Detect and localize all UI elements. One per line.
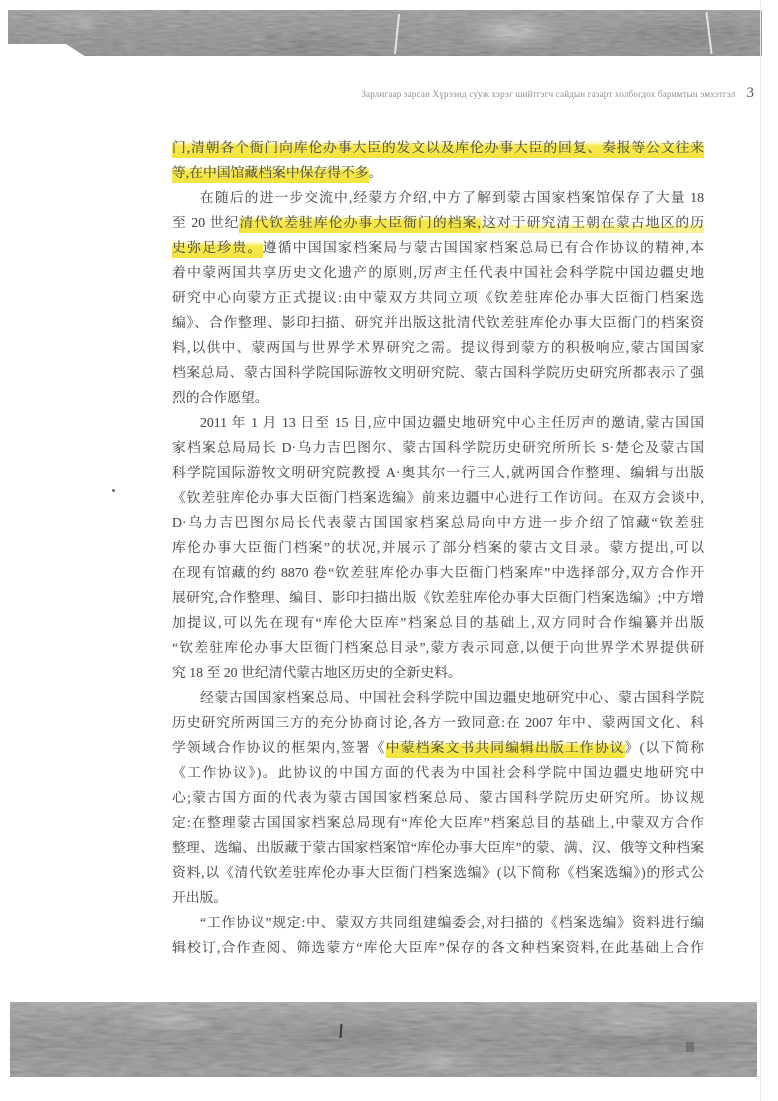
text-line: “钦差驻库伦办事大臣衙门档案总目录”,蒙方表示同意,以便于向世界学术界提供研 xyxy=(172,635,704,660)
text-segment: 家档案总局局长 D·乌力吉巴图尔、蒙古国科学院历史研究所所长 S·楚仑及蒙古国 xyxy=(172,440,704,455)
text-line: 在现有馆藏的约 8870 卷“钦差驻库伦办事大臣衙门档案库”中选择部分,双方合作… xyxy=(172,560,704,585)
scanned-document-page: Зарлигаар зарсан Хүрээнд сууж хэрэг шийт… xyxy=(0,0,778,1101)
text-segment: 历史研究所两国三方的充分协商讨论,各方一致同意:在 2007 年中、蒙两国文化、… xyxy=(172,715,704,730)
body-text-block: 门,清朝各个衙门向库伦办事大臣的发文以及库伦办事大臣的回复、奏报等公文往来等,在… xyxy=(172,135,704,960)
text-segment: 究 18 至 20 世纪清代蒙古地区历史的全新史料。 xyxy=(172,665,462,680)
highlighted-text: 清代钦差驻库伦办事大臣衙门的档案, xyxy=(239,215,480,233)
text-line: 究 18 至 20 世纪清代蒙古地区历史的全新史料。 xyxy=(172,660,704,685)
text-segment: 》(以下简称 xyxy=(625,740,704,755)
text-segment: “工作协议”规定:中、蒙双方共同组建编委会,对扫描的《档案选编》资料进行编 xyxy=(200,915,704,930)
highlighted-text: 这对于研究清王朝在蒙古地区的历 xyxy=(481,215,704,233)
page-edge-line xyxy=(760,0,761,1101)
text-line: “工作协议”规定:中、蒙双方共同组建编委会,对扫描的《档案选编》资料进行编 xyxy=(172,910,704,935)
text-line: 家档案总局局长 D·乌力吉巴图尔、蒙古国科学院历史研究所所长 S·楚仑及蒙古国 xyxy=(172,435,704,460)
text-segment: 库伦办事大臣衙门档案”的状况,并展示了部分档案的蒙古文目录。蒙方提出,可以 xyxy=(172,540,704,555)
text-segment: 《工作协议》)。此协议的中国方面的代表为中国社会科学院中国边疆史地研究中 xyxy=(172,765,704,780)
text-segment: 加提议,可以先在现有“库伦大臣库”档案总目的基础上,双方同时合作编纂并出版 xyxy=(172,615,704,630)
text-line: 2011 年 1 月 13 日至 15 日,应中国边疆史地研究中心主任厉声的邀请… xyxy=(172,410,704,435)
text-line: 历史研究所两国三方的充分协商讨论,各方一致同意:在 2007 年中、蒙两国文化、… xyxy=(172,710,704,735)
text-line: 编》、合作整理、影印扫描、研究并出版这批清代钦差驻库伦办事大臣衙门的档案资 xyxy=(172,310,704,335)
text-line: 研究中心向蒙方正式提议:由中蒙双方共同立项《钦差驻库伦办事大臣衙门档案选 xyxy=(172,285,704,310)
highlighted-text: 史弥足珍贵。 xyxy=(172,240,263,258)
scan-artifact-band-top xyxy=(8,10,762,56)
text-segment: 资料,以《清代钦差驻库伦办事大臣衙门档案选编》(以下简称《档案选编》)的形式公 xyxy=(172,865,704,880)
text-segment: 档案总局、蒙古国科学院国际游牧文明研究院、蒙古国科学院历史研究所都表示了强 xyxy=(172,365,704,380)
text-segment: 在随后的进一步交流中,经蒙方介绍,中方了解到蒙古国家档案馆保存了大量 18 xyxy=(200,190,704,205)
text-segment: 整理、选编、出版藏于蒙古国家档案馆“库伦办事大臣库”的蒙、满、汉、俄等文种档案 xyxy=(172,840,704,855)
text-segment: 。 xyxy=(369,165,383,180)
scan-mark xyxy=(686,1042,694,1052)
text-segment: 展研究,合作整理、编目、影印扫描出版《钦差驻库伦办事大臣衙门档案选编》;中方增 xyxy=(172,590,704,605)
text-line: 档案总局、蒙古国科学院国际游牧文明研究院、蒙古国科学院历史研究所都表示了强 xyxy=(172,360,704,385)
text-segment: 料,以供中、蒙两国与世界学术界研究之需。提议得到蒙方的积极响应,蒙古国国家 xyxy=(172,340,704,355)
text-line: 烈的合作愿望。 xyxy=(172,385,704,410)
text-line: 料,以供中、蒙两国与世界学术界研究之需。提议得到蒙方的积极响应,蒙古国国家 xyxy=(172,335,704,360)
text-segment: 《钦差驻库伦办事大臣衙门档案选编》前来边疆中心进行工作访问。在双方会谈中, xyxy=(172,490,704,505)
text-segment: 在现有馆藏的约 8870 卷“钦差驻库伦办事大臣衙门档案库”中选择部分,双方合作… xyxy=(172,565,704,580)
text-line: 整理、选编、出版藏于蒙古国家档案馆“库伦办事大臣库”的蒙、满、汉、俄等文种档案 xyxy=(172,835,704,860)
page-number: 3 xyxy=(747,85,755,102)
text-line: 库伦办事大臣衙门档案”的状况,并展示了部分档案的蒙古文目录。蒙方提出,可以 xyxy=(172,535,704,560)
text-segment: 开出版。 xyxy=(172,890,227,905)
running-title: Зарлигаар зарсан Хүрээнд сууж хэрэг шийт… xyxy=(361,89,735,99)
text-segment: 研究中心向蒙方正式提议:由中蒙双方共同立项《钦差驻库伦办事大臣衙门档案选 xyxy=(172,290,704,305)
text-segment: 经蒙古国国家档案总局、中国社会科学院中国边疆史地研究中心、蒙古国科学院 xyxy=(200,690,704,705)
text-line: 至 20 世纪清代钦差驻库伦办事大臣衙门的档案,这对于研究清王朝在蒙古地区的历 xyxy=(172,210,704,235)
text-segment: 遵循中国国家档案局与蒙古国国家档案总局已有合作协议的精神,本 xyxy=(263,240,704,255)
text-line: 等,在中国馆藏档案中保存得不多。 xyxy=(172,160,704,185)
text-line: 《钦差驻库伦办事大臣衙门档案选编》前来边疆中心进行工作访问。在双方会谈中, xyxy=(172,485,704,510)
page-header: Зарлигаар зарсан Хүрээнд сууж хэрэг шийт… xyxy=(361,85,754,102)
text-line: 门,清朝各个衙门向库伦办事大臣的发文以及库伦办事大臣的回复、奏报等公文往来 xyxy=(172,135,704,160)
text-line: 辑校订,合作查阅、筛选蒙方“库伦大臣库”保存的各文种档案资料,在此基础上合作 xyxy=(172,935,704,960)
text-line: 经蒙古国国家档案总局、中国社会科学院中国边疆史地研究中心、蒙古国科学院 xyxy=(172,685,704,710)
text-segment: 定:在整理蒙古国国家档案总局现有“库伦大臣库”档案总目的基础上,中蒙双方合作 xyxy=(172,815,704,830)
margin-speck xyxy=(112,489,115,492)
text-line: 《工作协议》)。此协议的中国方面的代表为中国社会科学院中国边疆史地研究中 xyxy=(172,760,704,785)
text-line: 在随后的进一步交流中,经蒙方介绍,中方了解到蒙古国家档案馆保存了大量 18 xyxy=(172,185,704,210)
text-segment: 烈的合作愿望。 xyxy=(172,390,269,405)
highlighted-text: 等,在中国馆藏档案中保存得不多 xyxy=(172,165,369,183)
text-line: 心;蒙古国方面的代表为蒙古国国家档案总局、蒙古国科学院历史研究所。协议规 xyxy=(172,785,704,810)
text-line: 史弥足珍贵。遵循中国国家档案局与蒙古国国家档案总局已有合作协议的精神,本 xyxy=(172,235,704,260)
text-line: 展研究,合作整理、编目、影印扫描出版《钦差驻库伦办事大臣衙门档案选编》;中方增 xyxy=(172,585,704,610)
scan-noise-texture xyxy=(8,10,762,56)
text-segment: D·乌力吉巴图尔局长代表蒙古国国家档案总局向中方进一步介绍了馆藏“钦差驻 xyxy=(172,515,704,530)
text-line: 学领域合作协议的框架内,签署《中蒙档案文书共同编辑出版工作协议》(以下简称 xyxy=(172,735,704,760)
text-line: 着中蒙两国共享历史文化遗产的原则,厉声主任代表中国社会科学院中国边疆史地 xyxy=(172,260,704,285)
text-segment: 2011 年 1 月 13 日至 15 日,应中国边疆史地研究中心主任厉声的邀请… xyxy=(200,415,704,430)
text-line: D·乌力吉巴图尔局长代表蒙古国国家档案总局向中方进一步介绍了馆藏“钦差驻 xyxy=(172,510,704,535)
text-line: 定:在整理蒙古国国家档案总局现有“库伦大臣库”档案总目的基础上,中蒙双方合作 xyxy=(172,810,704,835)
text-segment: 辑校订,合作查阅、筛选蒙方“库伦大臣库”保存的各文种档案资料,在此基础上合作 xyxy=(172,940,704,955)
text-segment: 编》、合作整理、影印扫描、研究并出版这批清代钦差驻库伦办事大臣衙门的档案资 xyxy=(172,315,704,330)
text-line: 资料,以《清代钦差驻库伦办事大臣衙门档案选编》(以下简称《档案选编》)的形式公 xyxy=(172,860,704,885)
text-line: 加提议,可以先在现有“库伦大臣库”档案总目的基础上,双方同时合作编纂并出版 xyxy=(172,610,704,635)
highlighted-text: 门,清朝各个衙门向库伦办事大臣的发文以及库伦办事大臣的回复、奏报等公文往来 xyxy=(172,140,704,158)
text-segment: 心;蒙古国方面的代表为蒙古国国家档案总局、蒙古国科学院历史研究所。协议规 xyxy=(172,790,704,805)
text-line: 科学院国际游牧文明研究院教授 A·奥其尔一行三人,就两国合作整理、编辑与出版 xyxy=(172,460,704,485)
highlighted-text: 中蒙档案文书共同编辑出版工作协议 xyxy=(386,740,625,758)
text-segment: 着中蒙两国共享历史文化遗产的原则,厉声主任代表中国社会科学院中国边疆史地 xyxy=(172,265,704,280)
text-line: 开出版。 xyxy=(172,885,704,910)
scan-noise-texture xyxy=(10,1002,757,1077)
text-segment: 至 20 世纪 xyxy=(172,215,239,230)
text-segment: 学领域合作协议的框架内,签署《 xyxy=(172,740,386,755)
text-segment: 科学院国际游牧文明研究院教授 A·奥其尔一行三人,就两国合作整理、编辑与出版 xyxy=(172,465,704,480)
text-segment: “钦差驻库伦办事大臣衙门档案总目录”,蒙方表示同意,以便于向世界学术界提供研 xyxy=(172,640,704,655)
scan-artifact-band-bottom xyxy=(10,1002,757,1077)
